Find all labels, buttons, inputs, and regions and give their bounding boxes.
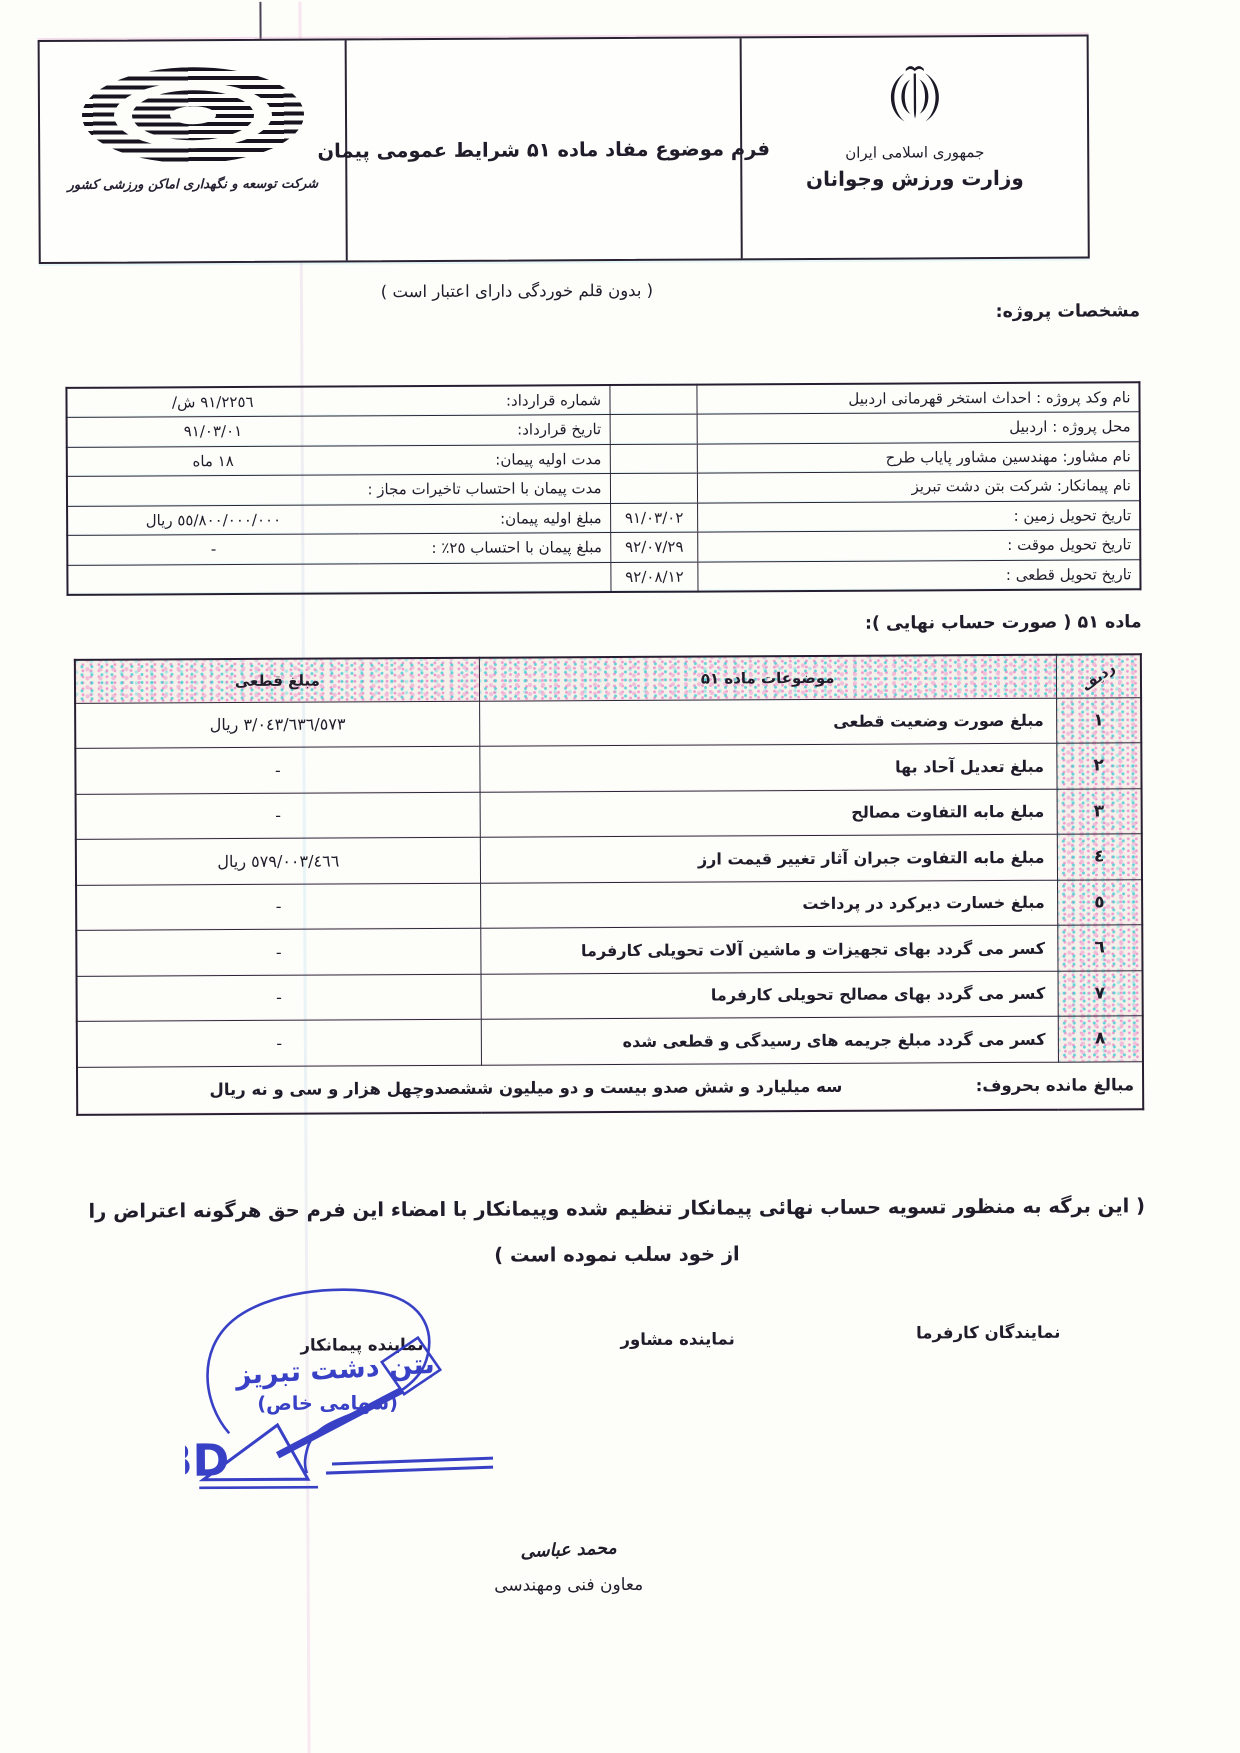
contract-date-label: تاریخ قرارداد: bbox=[358, 415, 610, 446]
scanned-form-page: جمهوری اسلامی ایران وزارت ورزش وجوانان ف… bbox=[0, 0, 1240, 1753]
row-number: ٤ bbox=[1057, 834, 1142, 880]
empty-cell bbox=[610, 444, 698, 474]
project-specs-heading: مشخصات پروژه: bbox=[995, 301, 1140, 322]
subject-cell: کسر می گردد بهای تجهیزات و ماشین آلات تح… bbox=[481, 925, 1058, 974]
approver-title: معاون فنی ومهندسی bbox=[419, 1574, 719, 1596]
amount-cell: - bbox=[76, 928, 481, 976]
contractor-stamp: BD بتن دشت تبریز (سهامی خاص) bbox=[184, 1281, 497, 1505]
row-number: ٧ bbox=[1058, 970, 1143, 1016]
subject-cell: کسر می گردد مبلغ جریمه های رسیدگی و قطعی… bbox=[481, 1016, 1058, 1065]
amount-cell: - bbox=[77, 1019, 482, 1067]
land-delivery-date: ٩١/٠٣/٠٢ bbox=[610, 503, 698, 533]
form-title-cell: فرم موضوع مفاد ماده ۵۱ شرایط عمومی پیمان bbox=[345, 38, 741, 260]
iran-emblem-icon bbox=[884, 53, 944, 135]
initial-amount-label: مبلغ اولیه پیمان: bbox=[359, 503, 611, 534]
final-account-table: ردیف موضوعات ماده ۵۱ مبلغ قطعی ١ مبلغ صو… bbox=[74, 653, 1144, 1116]
row-number: ٥ bbox=[1057, 879, 1142, 925]
scan-fold-mark bbox=[259, 2, 261, 44]
temp-delivery-label: تاریخ تحویل موقت : bbox=[698, 530, 1140, 562]
table-header-row: ردیف موضوعات ماده ۵۱ مبلغ قطعی bbox=[75, 654, 1141, 703]
table-row: ٥ مبلغ خسارت دیرکرد در پرداخت - bbox=[76, 879, 1142, 930]
disclaimer-line1: ( این برگه به منظور تسویه حساب نهائی پیم… bbox=[62, 1183, 1172, 1235]
table-row: تاریخ تحویل قطعی : ٩٢/٠٨/١٢ bbox=[67, 559, 1140, 594]
row-number-header: ردیف bbox=[1056, 654, 1141, 697]
empty-cell bbox=[610, 414, 698, 444]
amount-with-25-value: - bbox=[67, 534, 359, 565]
consultant-name-cell: نام مشاور: مهندسین مشاور پایاب طرح bbox=[698, 441, 1140, 473]
subject-cell: مبلغ صورت وضعیت قطعی bbox=[479, 698, 1056, 747]
company-caption: شرکت توسعه و نگهداری اماکن ورزشی کشور bbox=[40, 176, 345, 193]
company-logo-icon bbox=[81, 67, 303, 164]
row-number: ٣ bbox=[1057, 788, 1142, 834]
row-number: ٦ bbox=[1057, 925, 1142, 971]
stamp-bd-monogram: BD bbox=[184, 1436, 229, 1487]
table-row: ٨ کسر می گردد مبلغ جریمه های رسیدگی و قط… bbox=[77, 1016, 1143, 1067]
table-row: ٤ مبلغ مابه التفاوت جبران آثار تغییر قیم… bbox=[76, 834, 1142, 885]
subject-cell: کسر می گردد بهای مصالح تحویلی کارفرما bbox=[481, 971, 1058, 1020]
table-row: ٣ مبلغ مابه التفاوت مصالح - bbox=[76, 788, 1142, 839]
land-delivery-label: تاریخ تحویل زمین : bbox=[698, 500, 1140, 532]
temp-delivery-date: ٩٢/٠٧/٢٩ bbox=[610, 532, 698, 562]
subject-header: موضوعات ماده ۵۱ bbox=[479, 655, 1056, 701]
project-location-cell: محل پروژه : اردبیل bbox=[698, 412, 1140, 444]
validity-note: ( بدون قلم خوردگی دارای اعتبار است ) bbox=[0, 279, 1037, 303]
initial-duration-value: ١٨ ماه bbox=[67, 445, 359, 476]
disclaimer-note: ( این برگه به منظور تسویه حساب نهائی پیم… bbox=[62, 1183, 1172, 1281]
employer-reps-label: نمایندگان کارفرما bbox=[916, 1323, 1060, 1343]
subject-cell: مبلغ خسارت دیرکرد در پرداخت bbox=[480, 880, 1057, 929]
scanned-sheet: جمهوری اسلامی ایران وزارت ورزش وجوانان ف… bbox=[0, 0, 1240, 1753]
amount-cell: ٥٧٩/٠٠٣/٤٦٦ ریال bbox=[76, 837, 481, 885]
contract-no-label: شماره قرارداد: bbox=[358, 385, 610, 416]
final-delivery-label: تاریخ تحویل قطعی : bbox=[698, 559, 1140, 591]
company-block: شرکت توسعه و نگهداری اماکن ورزشی کشور bbox=[40, 40, 346, 262]
form-header: جمهوری اسلامی ایران وزارت ورزش وجوانان ف… bbox=[38, 35, 1090, 264]
amount-with-25-label: مبلغ پیمان با احتساب ٢٥٪ : bbox=[359, 533, 611, 564]
row-number: ٨ bbox=[1058, 1016, 1143, 1062]
stamp-company-name: بتن دشت تبریز bbox=[233, 1349, 436, 1392]
remainder-row: مبالغ مانده بحروف: سه میلیارد و شش صدو ب… bbox=[77, 1061, 1143, 1115]
initial-duration-label: مدت اولیه پیمان: bbox=[358, 444, 610, 475]
disclaimer-line2: از خود سلب نموده است ) bbox=[62, 1229, 1172, 1281]
row-number: ٢ bbox=[1056, 743, 1141, 789]
contract-no-value: /٩١/٢٢٥٦ ش bbox=[66, 386, 358, 417]
empty-cell bbox=[610, 473, 698, 503]
amount-cell: - bbox=[77, 974, 482, 1022]
amount-cell: - bbox=[76, 792, 481, 840]
final-delivery-date: ٩٢/٠٨/١٢ bbox=[610, 562, 698, 592]
ministry-block: جمهوری اسلامی ایران وزارت ورزش وجوانان bbox=[740, 37, 1088, 259]
table-row: ٢ مبلغ تعدیل آحاد بها - bbox=[75, 743, 1141, 794]
subject-cell: مبلغ مابه التفاوت جبران آثار تغییر قیمت … bbox=[480, 834, 1057, 883]
remainder-in-words: سه میلیارد و شش صدو بیست و دو میلیون ششص… bbox=[86, 1076, 966, 1100]
ministry-name: وزارت ورزش وجوانان bbox=[742, 166, 1087, 192]
contract-date-value: ٩١/٠٣/٠١ bbox=[67, 416, 359, 447]
article51-heading: ماده ۵۱ ( صورت حساب نهایی ): bbox=[865, 612, 1142, 633]
contractor-name-cell: نام پیمانکار: شرکت بتن دشت تبریز bbox=[698, 471, 1140, 503]
amount-cell: ٣/٠٤٣/٦٣٦/٥٧٣ ریال bbox=[75, 701, 480, 749]
table-row: ٧ کسر می گردد بهای مصالح تحویلی کارفرما … bbox=[77, 970, 1143, 1021]
approver-name: محمد عباسی bbox=[418, 1534, 719, 1566]
amount-cell: - bbox=[76, 883, 481, 931]
table-row: ٦ کسر می گردد بهای تجهیزات و ماشین آلات … bbox=[76, 925, 1142, 976]
empty-cell bbox=[609, 385, 697, 415]
approver-block: محمد عباسی معاون فنی ومهندسی bbox=[418, 1539, 718, 1596]
amount-header: مبلغ قطعی bbox=[75, 658, 480, 703]
ministry-republic-line: جمهوری اسلامی ایران bbox=[742, 143, 1087, 163]
subject-cell: مبلغ تعدیل آحاد بها bbox=[480, 743, 1057, 792]
form-title: فرم موضوع مفاد ماده ۵۱ شرایط عمومی پیمان bbox=[317, 137, 770, 162]
stamp-company-type: (سهامی خاص) bbox=[257, 1391, 398, 1415]
row-number: ١ bbox=[1056, 697, 1141, 743]
consultant-rep-label: نماینده مشاور bbox=[620, 1329, 734, 1349]
empty-cell bbox=[67, 562, 610, 594]
amount-cell: - bbox=[75, 746, 480, 794]
subject-cell: مبلغ مابه التفاوت مصالح bbox=[480, 789, 1057, 838]
remainder-label: مبالغ مانده بحروف: bbox=[976, 1076, 1134, 1096]
extended-duration-label: مدت پیمان با احتساب تاخیرات مجاز : bbox=[67, 474, 610, 506]
project-name-cell: نام وکد پروژه : احداث استخر قهرمانی اردب… bbox=[697, 382, 1139, 414]
table-row: ١ مبلغ صورت وضعیت قطعی ٣/٠٤٣/٦٣٦/٥٧٣ ریا… bbox=[75, 697, 1141, 748]
remainder-cell: مبالغ مانده بحروف: سه میلیارد و شش صدو ب… bbox=[77, 1061, 1143, 1115]
initial-amount-value: ٥٥/٨٠٠/٠٠٠/٠٠٠ ریال bbox=[67, 504, 359, 535]
project-details-table: نام وکد پروژه : احداث استخر قهرمانی اردب… bbox=[65, 381, 1141, 595]
